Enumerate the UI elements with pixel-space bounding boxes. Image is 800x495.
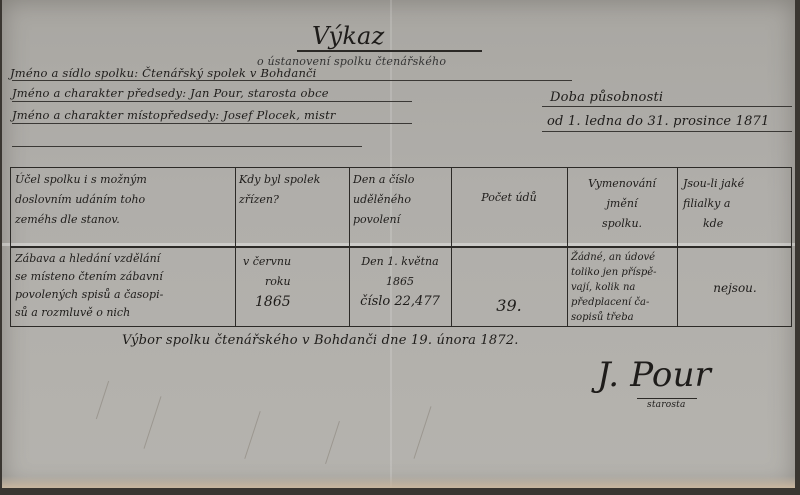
bleed-through-mark xyxy=(144,396,162,449)
duration-value: od 1. ledna do 31. prosince 1871 xyxy=(547,114,770,129)
cell-purpose: Zábava a hledání vzdělání se místeno čte… xyxy=(15,250,231,322)
bleed-through-mark xyxy=(325,421,340,464)
header-divider xyxy=(11,246,791,248)
signature: J. Pour xyxy=(597,355,711,395)
cell-branches: nejsou. xyxy=(677,278,793,298)
signature-underline xyxy=(637,398,697,399)
cell-permit: Den 1. května 1865 číslo 22,477 xyxy=(349,252,451,312)
cell-founded: v červnu roku 1865 xyxy=(243,252,343,312)
rule-line xyxy=(542,131,792,132)
header-assets: Vymenování jmění spolku. xyxy=(567,174,677,234)
report-table: Účel spolku i s možným doslovním udáním … xyxy=(10,167,792,327)
rule-line xyxy=(542,106,792,107)
signature-title: starosta xyxy=(647,400,686,410)
document-title: Výkaz xyxy=(312,22,384,50)
title-underline xyxy=(297,50,482,52)
header-branches: Jsou-li jaké filialky a kde xyxy=(683,174,791,234)
document-page: Výkaz o ústanovení spolku čtenářského Jm… xyxy=(2,0,795,488)
chairman-field: Jméno a charakter předsedy: Jan Pour, st… xyxy=(12,86,329,100)
cell-members: 39. xyxy=(451,296,567,316)
bleed-through-mark xyxy=(244,411,260,459)
header-members: Počet údů xyxy=(451,188,567,208)
duration-label: Doba působnosti xyxy=(550,90,663,105)
rule-line xyxy=(12,80,572,81)
association-name-field: Jméno a sídlo spolku: Čtenářský spolek v… xyxy=(10,66,317,80)
header-permit: Den a číslo udělěného povolení xyxy=(353,170,449,230)
vice-chairman-field: Jméno a charakter místopředsedy: Josef P… xyxy=(12,108,336,122)
bleed-through-mark xyxy=(414,406,432,459)
committee-date-line: Výbor spolku čtenářského v Bohdanči dne … xyxy=(122,333,519,348)
rule-line xyxy=(12,123,412,124)
header-purpose: Účel spolku i s možným doslovním udáním … xyxy=(15,170,231,230)
rule-line xyxy=(12,146,362,147)
header-founded: Kdy byl spolek zřízen? xyxy=(239,170,347,210)
cell-assets: Žádné, an údové toliko jen příspě- vají,… xyxy=(571,250,675,325)
bleed-through-mark xyxy=(96,381,109,419)
rule-line xyxy=(12,101,412,102)
